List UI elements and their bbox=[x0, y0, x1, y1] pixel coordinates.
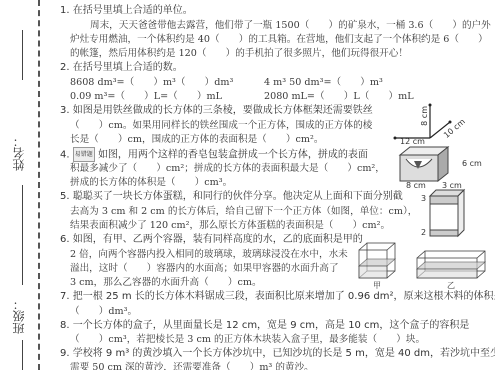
wire-height-label: 8 cm bbox=[420, 106, 429, 126]
q1-text: 的帐篷，然后用体积约是 120（ ）的手机拍了很多照片，他们玩得很开心！ bbox=[70, 47, 408, 60]
q8-text: （ ）cm³，若把棱长是 3 cm 的正方体木块装入盒子里，最多能装（ ）块。 bbox=[70, 333, 425, 346]
containers-figure: 甲 乙 bbox=[355, 240, 490, 292]
q4-text: 拼成的长方体的体积是（ ）cm³。 bbox=[70, 176, 232, 189]
q6-text: 6. 如图，有甲、乙两个容器，装有同样高度的水，乙的底面积是甲的 bbox=[60, 233, 363, 246]
cake-top-label: 3 bbox=[421, 194, 426, 203]
wire-edges-figure: 8 cm 10 cm 12 cm bbox=[390, 100, 490, 145]
q2-item: 0.09 m³=（ ）L=（ ）mL bbox=[70, 90, 222, 103]
error-prone-badge: 易错题 bbox=[73, 147, 95, 162]
q9-text: 需要 50 cm 深的黄沙，还需要准备（ ）m³ 的黄沙。 bbox=[70, 361, 314, 370]
q2-item: 4 m³ 50 dm³=（ ）m³ bbox=[264, 76, 383, 89]
q7-text: （ ）dm³。 bbox=[70, 305, 137, 318]
q5-text: 去高为 3 cm 和 2 cm 的长方体后，给自己留下一个正方体（如图，单位：c… bbox=[70, 205, 417, 218]
soap-box-figure: 6 cm 8 cm 3 cm bbox=[398, 145, 490, 190]
name-label: 姓名： bbox=[10, 135, 32, 171]
name-underline bbox=[22, 185, 23, 285]
q1-text: 炉灶专用燃油，一个体积约是 40（ ）的工具箱。在营地，他们支起了一个体积约是 … bbox=[70, 33, 488, 46]
q3-text: 长是（ ）cm，围成的正方体的表面积是（ ）cm²。 bbox=[70, 133, 323, 146]
q3-text: （ ）cm。如果用同样长的铁丝围成一个正方体，围成的正方体的棱 bbox=[70, 119, 372, 132]
q6-text: 溢出，这时（ ）容器内的水面高；如果甲容器的水面升高了 bbox=[70, 262, 339, 275]
q3-text: 3. 如图是用铁丝做成的长方体的三条棱，要做成长方体框架还需要铁丝 bbox=[60, 104, 373, 117]
q4-text: 4. 易错题 如图，用两个这样的香皂包装盒拼成一个长方体，拼成的表面 bbox=[60, 147, 368, 162]
q1-text: 周末，天天爸爸带他去露营，他们带了一瓶 1500（ ）的矿泉水，一桶 3.6（ … bbox=[90, 19, 491, 32]
container-yi-label: 乙 bbox=[447, 280, 455, 291]
q4-text: 积最多减少了（ ）cm²；拼成的长方体的表面积最大是（ ）cm²， bbox=[70, 162, 385, 175]
q1-title: 1. 在括号里填上合适的单位。 bbox=[60, 4, 193, 17]
cake-figure: 3 2 bbox=[418, 188, 478, 240]
q5-text: 结果表面积减少了 120 cm²，那么原长方体蛋糕的表面积是（ ）cm²。 bbox=[70, 219, 390, 232]
q5-text: 5. 聪聪买了一块长方体蛋糕，和同行的伙伴分享。他决定从上面和下面分别截 bbox=[60, 190, 403, 203]
class-label: 班级： bbox=[10, 298, 32, 334]
class-underline bbox=[22, 340, 23, 370]
container-jia-label: 甲 bbox=[373, 280, 381, 291]
q2-item: 8608 dm³=（ ）m³（ ）dm³ bbox=[70, 76, 233, 89]
q8-text: 8. 一个长方体的盒子，从里面量长是 12 cm，宽是 9 cm，高是 10 c… bbox=[60, 319, 469, 332]
soap-height-label: 6 cm bbox=[462, 159, 482, 168]
q2-title: 2. 在括号里填上合适的数。 bbox=[60, 61, 183, 74]
q9-text: 9. 学校将 9 m³ 的黄沙填入一个长方体沙坑中，已知沙坑的长是 5 m，宽是… bbox=[60, 347, 495, 360]
divider-line bbox=[22, 30, 23, 80]
cake-bottom-label: 2 bbox=[421, 228, 426, 237]
cut-line bbox=[38, 0, 40, 370]
q6-text: 2 倍，向两个容器内投入相同的玻璃球，玻璃球浸没在水中，水未 bbox=[70, 248, 348, 261]
q6-text: 3 cm，那么乙容器的水面升高（ ）cm。 bbox=[70, 276, 262, 289]
binding-margin: 姓名： 班级： bbox=[0, 0, 40, 370]
